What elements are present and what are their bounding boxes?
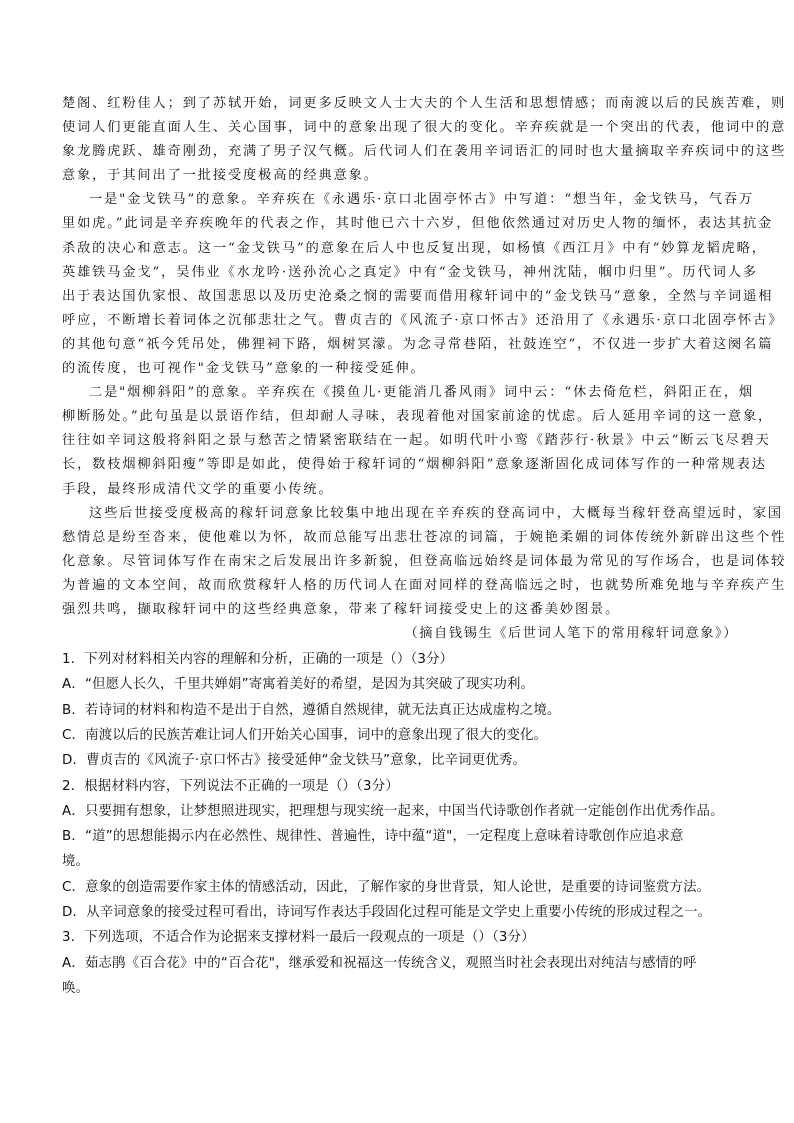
- question-3: 3．下列选项，不适合作为论据来支撑材料一最后一段观点的一项是（）（3分） A．茹…: [62, 925, 738, 1001]
- question-1: 1．下列对材料相关内容的理解和分析，正确的一项是（）（3分） A．“但愿人长久，…: [62, 647, 738, 773]
- text-line: 柳断肠处。”此句虽是以景语作结，但却耐人寻味，表现着他对国家前途的忧虑。后人延用…: [62, 405, 738, 429]
- passage-paragraph-3: 二是"烟柳斜阳”的意象。辛弃疾在《摸鱼儿·更能消几番风雨》词中云：“休去倚危栏，…: [62, 381, 738, 501]
- passage: 楚阁、红粉佳人；到了苏轼开始，词更多反映文人士大夫的个人生活和思想情感；而南渡以…: [62, 92, 738, 646]
- option-b: B．若诗词的材料和构造不是出于自然，遵循自然规律，就无法真正达成虚构之境。: [62, 698, 738, 723]
- option-b-continued: 境。: [62, 849, 738, 874]
- text-line: 为普遍的文本空间，故而欣赏稼轩人格的历代词人在面对同样的登高临远之时，也就势所难…: [62, 574, 738, 598]
- document-page: 楚阁、红粉佳人；到了苏轼开始，词更多反映文人士大夫的个人生活和思想情感；而南渡以…: [62, 92, 738, 1001]
- text-line: 出于表达国仇家恨、故国悲思以及历史沧桑之悯的需要而借用稼轩词中的“金戈铁马”意象…: [62, 285, 738, 309]
- text-line: 这些后世接受度极高的稼轩词意象比较集中地出现在辛弃疾的登高词中，大概每当稼轩登高…: [62, 502, 738, 526]
- text-line: 二是"烟柳斜阳”的意象。辛弃疾在《摸鱼儿·更能消几番风雨》词中云：“休去倚危栏，…: [62, 381, 738, 405]
- option-d: D．曹贞吉的《风流子·京口怀古》接受延伸“金戈铁马”意象，比辛词更优秀。: [62, 748, 738, 773]
- text-line: 英雄铁马金戈”，吴伟业《水龙吟·送孙沇心之真定》中有“金戈铁马，神州沈陆，帼巾归…: [62, 261, 738, 285]
- text-line: 的其他句意“祇今凭吊处，佛狸祠下路，烟树冥濛。为念寻常巷陌，社鼓连空”，不仅进一…: [62, 333, 738, 357]
- text-line: 一是"金戈铁马”的意象。辛弃疾在《永遇乐·京口北固亭怀古》中写道：“想当年，金戈…: [62, 188, 738, 212]
- text-line: 化意象。尽管词体写作在南宋之后发展出许多新貌，但登高临远始终是词体最为常见的写作…: [62, 550, 738, 574]
- text-line: 象龙腾虎跃、雄奇刚劲，充满了男子汉气概。后代词人们在袭用辛词语汇的同时也大量摘取…: [62, 140, 738, 164]
- text-line: 往往如辛词这般将斜阳之景与愁苦之情紧密联结在一起。如明代叶小鸾《踏莎行·秋景》中…: [62, 429, 738, 453]
- option-a: A．只要拥有想象，让梦想照进现实，把理想与现实统一起来，中国当代诗歌创作者就一定…: [62, 799, 738, 824]
- questions: 1．下列对材料相关内容的理解和分析，正确的一项是（）（3分） A．“但愿人长久，…: [62, 647, 738, 1001]
- option-a: A．“但愿人长久，千里共婵娟”寄寓着美好的希望，是因为其突破了现实功利。: [62, 672, 738, 697]
- question-2: 2．根据材料内容，下列说法不正确的一项是（）（3分） A．只要拥有想象，让梦想照…: [62, 774, 738, 926]
- question-stem: 2．根据材料内容，下列说法不正确的一项是（）（3分）: [62, 774, 738, 799]
- passage-paragraph-4: 这些后世接受度极高的稼轩词意象比较集中地出现在辛弃疾的登高词中，大概每当稼轩登高…: [62, 502, 738, 622]
- text-line: 呼应，不断增长着词体之沉郁悲壮之气。曹贞吉的《风流子·京口怀古》还沿用了《永遇乐…: [62, 309, 738, 333]
- text-line: 楚阁、红粉佳人；到了苏轼开始，词更多反映文人士大夫的个人生活和思想情感；而南渡以…: [62, 92, 738, 116]
- text-line: 意象，于其间出了一批接受度极高的经典意象。: [62, 164, 738, 188]
- passage-paragraph-1: 楚阁、红粉佳人；到了苏轼开始，词更多反映文人士大夫的个人生活和思想情感；而南渡以…: [62, 92, 738, 188]
- text-line: 里如虎。”此词是辛弃疾晚年的代表之作，其时他已六十六岁，但他依然通过对历史人物的…: [62, 212, 738, 236]
- passage-paragraph-2: 一是"金戈铁马”的意象。辛弃疾在《永遇乐·京口北固亭怀古》中写道：“想当年，金戈…: [62, 188, 738, 381]
- text-line: 杀敌的决心和意志。这一“金戈铁马”的意象在后人中也反复出现，如杨慎《西江月》中有…: [62, 237, 738, 261]
- option-c: C．意象的创造需要作家主体的情感活动，因此，了解作家的身世背景，知人论世，是重要…: [62, 875, 738, 900]
- text-line: 强烈共鸣，撷取稼轩词中的这些经典意象，带来了稼轩词接受史上的这番美妙图景。: [62, 598, 738, 622]
- text-line: 愁情总是纷至沓来，使他难以为怀，故而总能写出悲壮苍凉的词篇，于婉艳柔媚的词体传统…: [62, 526, 738, 550]
- option-d: D．从辛词意象的接受过程可看出，诗词写作表达手段固化过程可能是文学史上重要小传统…: [62, 900, 738, 925]
- option-a: A．茹志鹃《百合花》中的“百合花"，继承爱和祝福这一传统含义，观照当时社会表现出…: [62, 951, 738, 976]
- text-line: 使词人们更能直面人生、关心国事，词中的意象出现了很大的变化。辛弃疾就是一个突出的…: [62, 116, 738, 140]
- text-line: 长，数枝烟柳斜阳瘦”等即是如此，使得始于稼轩词的“烟柳斜阳”意象逐渐固化成词体写…: [62, 453, 738, 477]
- option-c: C．南渡以后的民族苦难让词人们开始关心国事，词中的意象出现了很大的变化。: [62, 723, 738, 748]
- text-line: 的流传度，也可视作"金戈铁马”意象的一种接受延伸。: [62, 357, 738, 381]
- option-a-continued: 唤。: [62, 976, 738, 1001]
- question-stem: 3．下列选项，不适合作为论据来支撑材料一最后一段观点的一项是（）（3分）: [62, 925, 738, 950]
- text-line: 手段，最终形成清代文学的重要小传统。: [62, 478, 738, 502]
- passage-source-citation: （摘自钱锡生《后世词人笔下的常用稼轩词意象》）: [62, 622, 738, 646]
- option-b: B．“道”的思想能揭示内在必然性、规律性、普遍性，诗中蕴“道"，一定程度上意味着…: [62, 824, 738, 849]
- question-stem: 1．下列对材料相关内容的理解和分析，正确的一项是（）（3分）: [62, 647, 738, 672]
